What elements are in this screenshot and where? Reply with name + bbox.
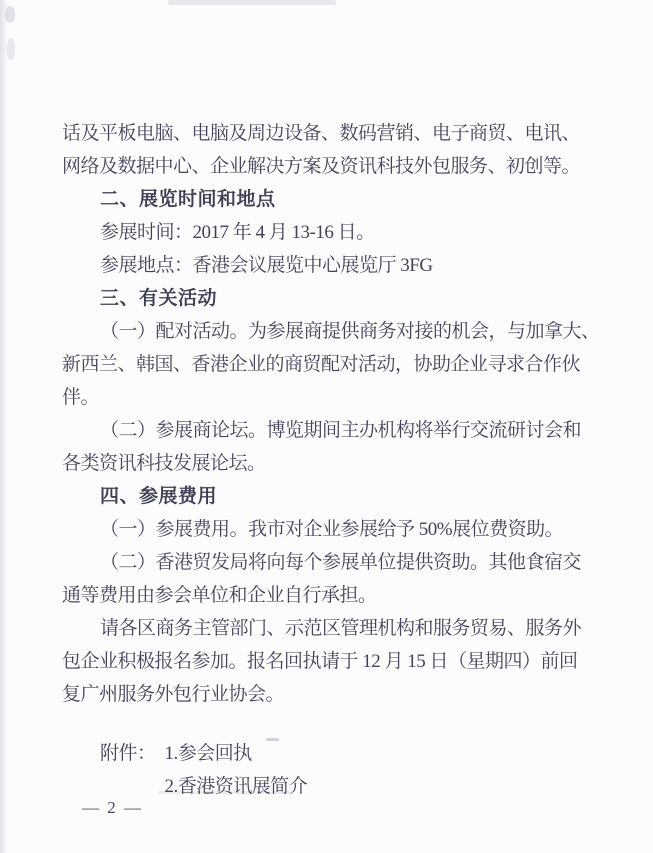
attachments-block: 附件： 1.参会回执 2.香港资讯展简介 <box>62 737 607 803</box>
attachments-list: 1.参会回执 2.香港资讯展简介 <box>165 737 308 803</box>
activities-item1-line: 伴。 <box>62 381 607 414</box>
document-body: 话及平板电脑、电脑及周边设备、数码营销、电子商贸、电讯、 网络及数据中心、企业解… <box>62 117 607 803</box>
closing-paragraph-line: 包企业积极报名参加。报名回执请于 12 月 15 日（星期四）前回 <box>62 645 607 678</box>
fees-item2-line: （二）香港贸发局将向每个参展单位提供资助。其他食宿交 <box>62 546 607 579</box>
activities-item1-line: 新西兰、韩国、香港企业的商贸配对活动，协助企业寻求合作伙 <box>62 348 607 381</box>
paragraph-continued-line: 话及平板电脑、电脑及周边设备、数码营销、电子商贸、电讯、 <box>62 117 607 150</box>
closing-paragraph-line: 复广州服务外包行业协会。 <box>62 678 607 711</box>
scan-smudge <box>5 6 15 23</box>
attachment-item: 2.香港资讯展简介 <box>165 770 308 803</box>
closing-paragraph-line: 请各区商务主管部门、示范区管理机构和服务贸易、服务外 <box>62 612 607 645</box>
exhibition-time-line: 参展时间：2017 年 4 月 13-16 日。 <box>62 216 607 249</box>
activities-item1-line: （一）配对活动。为参展商提供商务对接的机会，与加拿大、 <box>62 315 607 348</box>
section-heading-activities: 三、有关活动 <box>62 282 607 315</box>
section-heading-fees: 四、参展费用 <box>62 480 607 513</box>
attachments-label: 附件： <box>62 737 156 770</box>
page-number: — 2 — <box>82 798 143 818</box>
section-heading-exhibition: 二、展览时间和地点 <box>62 183 607 216</box>
fees-item2-line: 通等费用由参会单位和企业自行承担。 <box>62 579 607 612</box>
scanned-document-page: 话及平板电脑、电脑及周边设备、数码营销、电子商贸、电讯、 网络及数据中心、企业解… <box>0 0 653 853</box>
scan-smudge <box>7 38 15 60</box>
activities-item2-line: 各类资讯科技发展论坛。 <box>62 447 607 480</box>
fees-item1-line: （一）参展费用。我市对企业参展给予 50%展位费资助。 <box>62 513 607 546</box>
scan-edge-shadow <box>0 0 8 853</box>
exhibition-venue-line: 参展地点：香港会议展览中心展览厅 3FG <box>62 249 607 282</box>
scan-top-artifact <box>168 0 336 5</box>
activities-item2-line: （二）参展商论坛。博览期间主办机构将举行交流研讨会和 <box>62 414 607 447</box>
attachment-item: 1.参会回执 <box>165 737 308 770</box>
paragraph-continued-line: 网络及数据中心、企业解决方案及资讯科技外包服务、初创等。 <box>62 150 607 183</box>
